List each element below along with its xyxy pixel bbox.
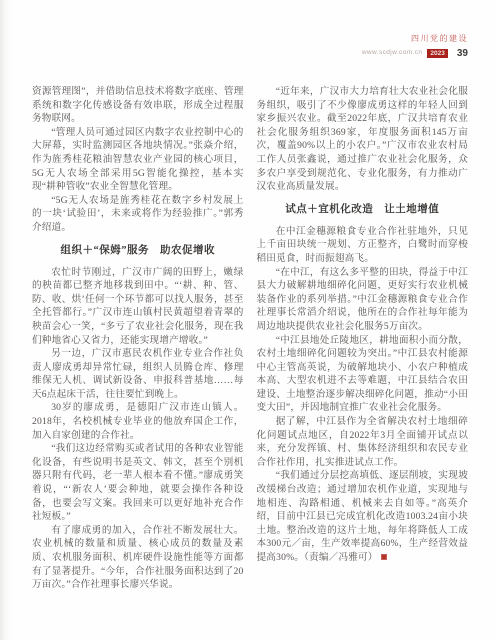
paragraph: “我们这边经常购买或者试用的各种农业智能化设备，有些说明书是英文、韩文，甚至个别… [32, 442, 244, 524]
paragraph: “近年来，广汉市大力培育壮大农业社会化服务组织，吸引了不少像廖成勇这样的年轻人回… [257, 85, 469, 194]
magazine-page: 四川党的建设 www.scdjw.com.cn 2023 39 资源管理图”，并… [0, 0, 496, 640]
paragraph: 30岁的廖成勇，是德阳广汉市连山镇人。2018年，名校机械专业毕业的他放弃国企工… [32, 401, 244, 442]
right-column: “近年来，广汉市大力培育壮大农业社会化服务组织，吸引了不少像廖成勇这样的年轻人回… [257, 85, 469, 592]
article-end-icon [381, 554, 387, 560]
paragraph: 有了廖成勇的加入，合作社不断发展壮大。农业机械的数量和质量、核心成员的数量及素质… [32, 524, 244, 592]
page-header: 四川党的建设 www.scdjw.com.cn 2023 39 [362, 34, 468, 60]
paragraph: 在中江金穗源粮食专业合作社驻地外，只见上千亩田块统一规划、方正整齐，白鹭时而穿梭… [257, 225, 469, 266]
section-heading: 组织＋“保姆”服务 助农促增收 [32, 244, 244, 258]
paragraph: 资源管理图”，并借助信息技术将数字底座、管理系统和数字化传感设备有效串联，形成全… [32, 85, 244, 126]
paragraph: “管理人员可通过园区内数字农业控制中心的大屏幕，实时监测园区各地块情况。”张焱介… [32, 126, 244, 194]
left-column: 资源管理图”，并借助信息技术将数字底座、管理系统和数字化传感设备有效串联，形成全… [32, 85, 244, 592]
magazine-website: www.scdjw.com.cn [362, 49, 423, 58]
paragraph: “5G无人农场是旌秀桂花在数字乡村发展上的一块‘试验田’，未来或将作为经验推广。… [32, 194, 244, 235]
article-body: 资源管理图”，并借助信息技术将数字底座、管理系统和数字化传感设备有效串联，形成全… [32, 85, 468, 592]
paragraph: “在中江，有这么多平整的田块，得益于中江县大力破解耕地细碎化问题，更好实行农业机… [257, 266, 469, 334]
closing-paragraph: “我们通过分层挖高填低、逐层削坡，实现坡改缓梯台改造；通过增加农机作业道，实现地… [257, 469, 469, 564]
year-badge: 2023 [427, 49, 447, 59]
paragraph: 农忙时节刚过，广汉市广阔的田野上，嫩绿的秧苗都已整齐地移栽到田中。“‘耕、种、管… [32, 266, 244, 348]
paragraph: 另一边，广汉市惠民农机作业专业合作社负责人廖成勇却异常忙碌，组织人员腾仓库、修理… [32, 347, 244, 401]
paragraph: 据了解，中江县作为全省解决农村土地细碎化问题试点地区，自2022年3月全面铺开试… [257, 415, 469, 469]
paragraph-text: “我们通过分层挖高填低、逐层削坡，实现坡改缓梯台改造；通过增加农机作业道，实现地… [257, 470, 469, 563]
paragraph: “中江县地处丘陵地区，耕地面积小而分散，农村土地细碎化问题较为突出。”中江县农村… [257, 334, 469, 416]
header-meta-row: www.scdjw.com.cn 2023 39 [362, 47, 468, 61]
section-heading: 试点＋宜机化改造 让土地增值 [257, 203, 469, 217]
page-number: 39 [457, 47, 468, 61]
magazine-title: 四川党的建设 [362, 34, 468, 45]
